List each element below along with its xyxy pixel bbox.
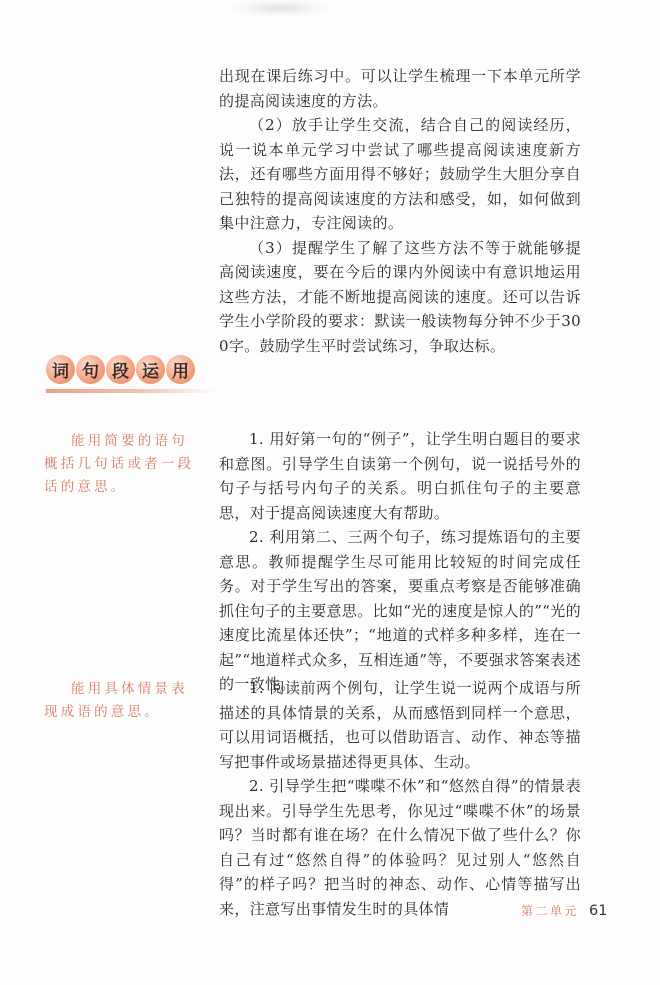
paragraph: 1. 阅读前两个例句，让学生说一说两个成语与所描述的具体情景的关系，从而感悟到同…: [219, 676, 581, 774]
paragraph: 1. 用好第一句的“例子”，让学生明白题目的要求和意图。引导学生自读第一个例句，…: [219, 427, 581, 525]
heading-char: 段: [106, 355, 135, 384]
side-note: 能用简要的语句概括几句话或者一段话的意思。: [44, 430, 196, 499]
heading-char: 运: [136, 355, 165, 384]
section-heading: 词 句 段 运 用: [46, 355, 195, 384]
heading-char: 词: [46, 355, 75, 384]
heading-char: 用: [166, 355, 195, 384]
paragraph: （2）放手让学生交流，结合自己的阅读经历，说一说本单元学习中尝试了哪些提高阅读速…: [219, 113, 581, 236]
heading-char: 句: [76, 355, 105, 384]
unit-label: 第二单元: [521, 902, 579, 919]
page-footer: 第二单元 61: [521, 902, 607, 919]
top-section: 出现在课后练习中。可以让学生梳理一下本单元所学的提高阅读速度的方法。 （2）放手…: [219, 64, 581, 358]
paragraph: （3）提醒学生了解了这些方法不等于就能够提高阅读速度，要在今后的课内外阅读中有意…: [219, 236, 581, 359]
paragraph: 2. 利用第二、三两个句子，练习提炼语句的主要意思。教师提醒学生尽可能用比较短的…: [219, 525, 581, 697]
paragraph: 出现在课后练习中。可以让学生梳理一下本单元所学的提高阅读速度的方法。: [219, 64, 581, 113]
paragraph: 2. 引导学生把“喋喋不休”和“悠然自得”的情景表现出来。引导学生先思考，你见过…: [219, 774, 581, 921]
side-note: 能用具体情景表现成语的意思。: [44, 678, 196, 724]
scan-smudge: [230, 0, 330, 16]
heading-underline: [46, 389, 216, 393]
section-2: 1. 阅读前两个例句，让学生说一说两个成语与所描述的具体情景的关系，从而感悟到同…: [219, 676, 581, 921]
section-1: 1. 用好第一句的“例子”，让学生明白题目的要求和意图。引导学生自读第一个例句，…: [219, 427, 581, 697]
page-number: 61: [589, 903, 607, 919]
